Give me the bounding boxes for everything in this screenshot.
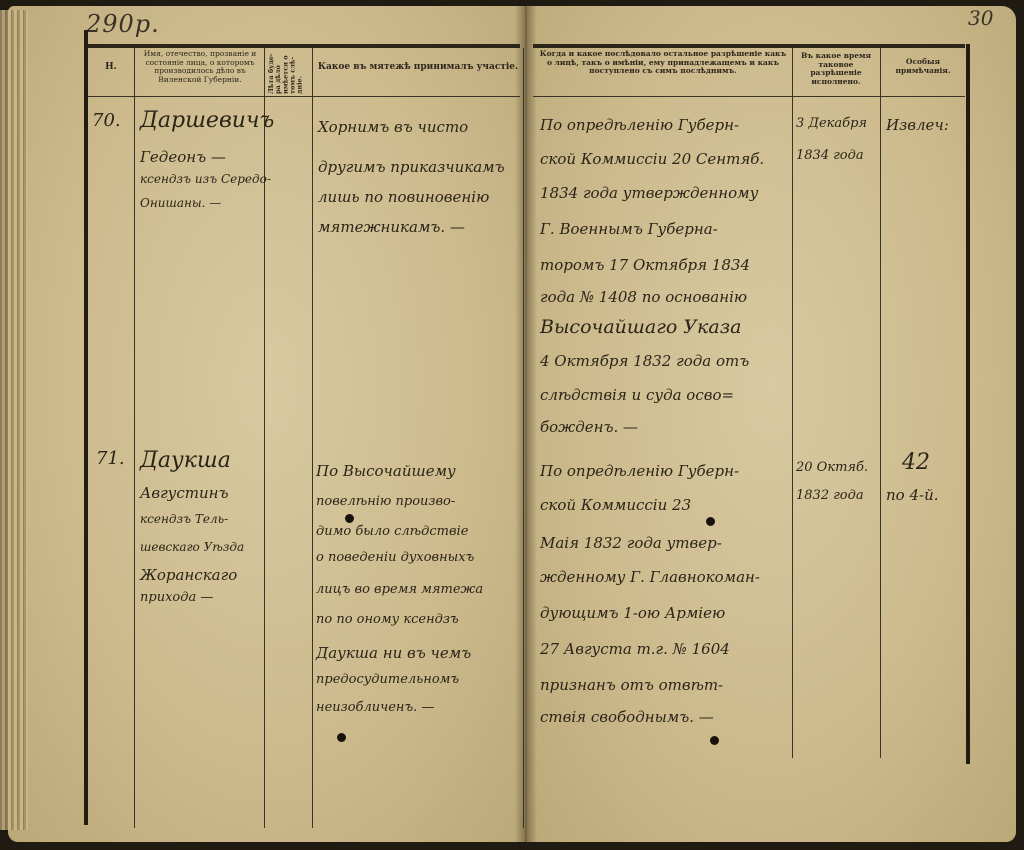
entry-70-resolution-line: года № 1408 по основанію — [540, 288, 747, 306]
entry-70-name: Даршевичъ — [140, 108, 274, 133]
entry-70-participation-line: Хорнимъ въ чисто — [318, 118, 468, 136]
entry-71-participation-line: лицъ во время мятежа — [316, 582, 483, 597]
header-number: Н. — [88, 62, 134, 72]
entry-71-name-line: ксендзъ Тель- — [140, 512, 228, 526]
entry-70-resolution-line: Г. Военнымъ Губерна- — [540, 220, 718, 238]
entry-70-resolution-line: ской Коммиссіи 20 Сентяб. — [540, 150, 764, 168]
header-participation: Какое въ мятежѣ принималъ участіе. — [316, 62, 520, 72]
binding-hole — [706, 517, 715, 526]
entry-70-participation-line: другимъ приказчикамъ — [318, 158, 505, 176]
page-edges — [0, 10, 28, 830]
entry-71-name-line: Августинъ — [140, 484, 229, 502]
header-bottom-rule-right — [533, 96, 965, 97]
table-top-rule-right — [533, 44, 965, 48]
entry-71-participation-line: повелѣнію произво- — [316, 494, 455, 509]
col-divider — [264, 48, 265, 828]
book-gutter — [515, 6, 537, 842]
col-divider — [312, 48, 313, 828]
book-spread: 290р. 30 Н. Имя, отечество, прозваніе и … — [0, 0, 1024, 850]
col-divider — [523, 48, 524, 828]
entry-71-participation-line: по по оному ксендзъ — [316, 612, 459, 627]
entry-70-resolution-line: 1834 года утвержденному — [540, 184, 758, 202]
entry-71-executed-line: 20 Октяб. — [796, 460, 868, 475]
entry-71-name-line: прихода — — [140, 590, 213, 605]
header-executed: Въ какое время таковое разрѣшеніе исполн… — [794, 52, 878, 87]
entry-71-participation-line: предосудительномъ — [316, 672, 459, 687]
entry-70-resolution-line: божденъ. — — [540, 418, 638, 436]
page-number-right: 30 — [968, 6, 993, 30]
entry-71-resolution-line: ской Коммиссіи 23 — [540, 496, 691, 514]
binding-hole — [345, 514, 354, 523]
entry-70-executed-line: 3 Декабря — [796, 116, 867, 131]
entry-71-name-line: шевскаго Уѣзда — [140, 540, 244, 554]
header-resolution: Когда и какое послѣдовало остальное разр… — [536, 50, 790, 76]
table-top-rule-left — [88, 44, 520, 48]
entry-70-resolution-line: слѣдствія и суда осво= — [540, 386, 734, 404]
entry-70-notes: Извлеч: — [886, 116, 949, 134]
left-border — [84, 30, 88, 825]
entry-71-name-line: Жоранскаго — [140, 566, 237, 584]
entry-70-executed-line: 1834 года — [796, 148, 864, 163]
header-notes: Особыя примѣчанія. — [882, 58, 964, 75]
entry-71-resolution-line: По опредѣленію Губерн- — [540, 462, 739, 480]
page-number-left: 290р. — [86, 10, 160, 38]
entry-71-participation-line: димо было слѣдствіе — [316, 524, 468, 539]
binding-hole — [337, 733, 346, 742]
entry-70-participation-line: лишь по повиновенію — [318, 188, 489, 206]
col-divider — [792, 48, 793, 758]
right-border — [966, 44, 970, 764]
entry-70-name-line: Гедеонъ — — [140, 148, 226, 166]
header-bottom-rule-left — [88, 96, 520, 97]
entry-70-participation-line: мятежникамъ. — — [318, 218, 465, 236]
entry-70-name-line: ксендзъ изъ Середо- — [140, 172, 271, 186]
header-name: Имя, отечество, прозваніе и состояніе ли… — [137, 50, 263, 85]
entry-71-participation-line: По Высочайшему — [316, 462, 456, 480]
entry-71-resolution-line: 27 Августа т.г. № 1604 — [540, 640, 730, 658]
entry-71-resolution-line: дующимъ 1-ою Арміею — [540, 604, 725, 622]
entry-71-participation-line: о поведеніи духовныхъ — [316, 550, 474, 565]
entry-70-name-line: Онишаны. — — [140, 196, 221, 210]
entry-71-participation-line: неизобличенъ. — — [316, 700, 434, 715]
entry-71-resolution-line: Маія 1832 года утвер- — [540, 534, 722, 552]
binding-hole — [710, 736, 719, 745]
entry-71-executed-line: 1832 года — [796, 488, 864, 503]
header-vertical: Лѣта буде-ра дѣло имѣется о томъ слѣ-дні… — [268, 52, 308, 94]
entry-70-resolution-line: 4 Октября 1832 года отъ — [540, 352, 749, 370]
col-divider — [134, 48, 135, 828]
entry-71-resolution-line: жденному Г. Главнокоман- — [540, 568, 760, 586]
entry-71-notes-line: 42 — [902, 450, 930, 475]
entry-70-resolution-line: Высочайшаго Указа — [540, 316, 741, 338]
col-divider — [880, 48, 881, 758]
entry-71-participation-line: Даукша ни въ чемъ — [316, 644, 471, 662]
entry-70-resolution-line: По опредѣленію Губерн- — [540, 116, 739, 134]
entry-71-name: Даукша — [140, 448, 231, 473]
entry-71-resolution-line: ствія свободнымъ. — — [540, 708, 714, 726]
entry-71-notes-line: по 4-й. — [886, 486, 939, 504]
entry-71-resolution-line: признанъ отъ отвѣт- — [540, 676, 723, 694]
entry-70-number: 70. — [92, 110, 121, 131]
entry-70-resolution-line: торомъ 17 Октября 1834 — [540, 256, 750, 274]
entry-71-number: 71. — [96, 448, 125, 469]
